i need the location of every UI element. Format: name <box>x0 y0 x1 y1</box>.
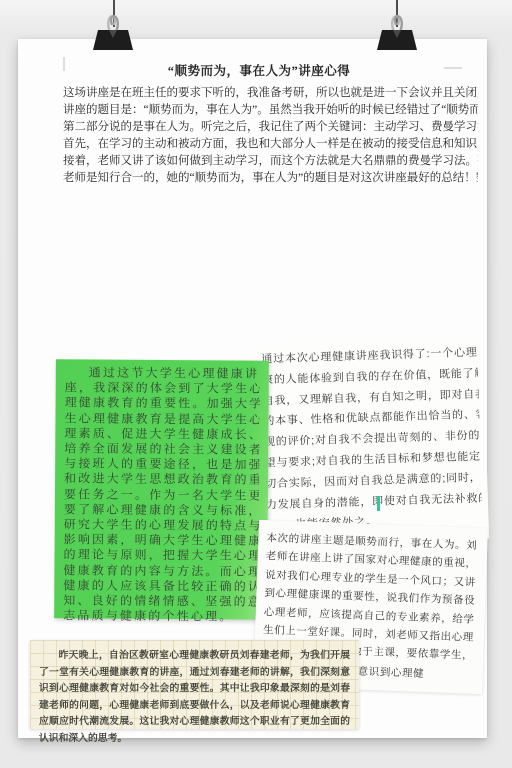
document-title: “顺势而为，事在人为”讲座心得 <box>40 63 478 80</box>
note-text: 昨天晚上，自治区教研室心理健康教研员刘春建老师，为我们开展了一堂有关心理健康教育… <box>39 650 350 744</box>
text-cursor-artifact <box>377 496 380 511</box>
document-body: 这场讲座是在班主任的要求下听的，我准备考研，所以也就是进一下会议并且关闭声音，准… <box>40 85 478 187</box>
yellow-grid-note-liu-chunjian-lecture: 昨天晚上，自治区教研室心理健康教研员刘春建老师，为我们开展了一堂有关心理健康教育… <box>30 640 359 729</box>
note-handwritten-text: 通过本次心理健康讲座我识得了:一个心理健康的人能体验到自我的存在价值，既能了解自… <box>261 343 483 537</box>
note-text-fragment: 意识到心理健 <box>357 663 424 684</box>
sticky-note-psych-health-insight: 通过本次心理健康讲座我识得了:一个心理健康的人能体验到自我的存在价值，既能了解自… <box>255 334 489 545</box>
binder-clip-icon <box>374 8 420 52</box>
binder-clip-icon <box>90 8 136 52</box>
green-sticky-note-mental-health-education: 通过这节大学生心理健康讲座，我深深的体会到了大学生心理健康教育的重要性。加强大学… <box>54 359 269 619</box>
note-handwritten-text: 通过这节大学生心理健康讲座，我深深的体会到了大学生心理健康教育的重要性。加强大学… <box>63 365 260 625</box>
pinned-document-scene: “顺势而为，事在人为”讲座心得 这场讲座是在班主任的要求下听的，我准备考研，所以… <box>0 0 512 768</box>
lecture-reflection-document: “顺势而为，事在人为”讲座心得 这场讲座是在班主任的要求下听的，我准备考研，所以… <box>40 63 478 187</box>
